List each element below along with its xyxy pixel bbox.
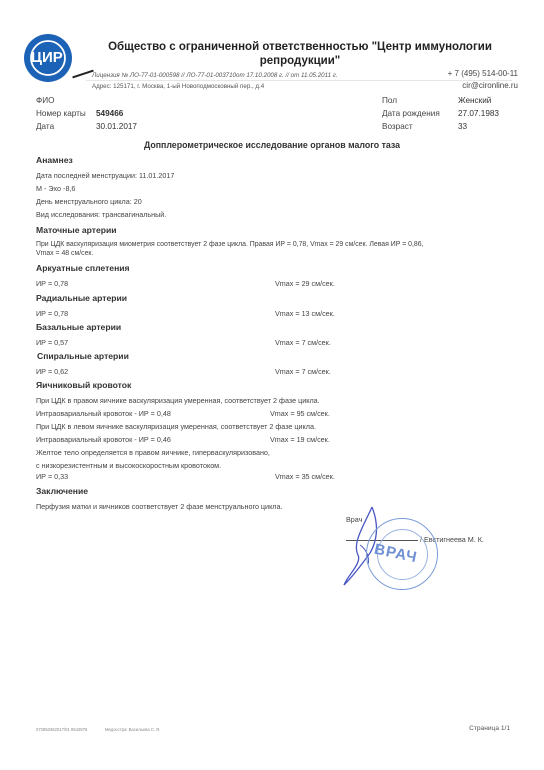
ovarian-right-ir: Интраовариальный кровоток - ИР = 0,48 xyxy=(36,409,171,418)
age-label: Возраст xyxy=(382,122,413,131)
phone: + 7 (495) 514-00-11 xyxy=(448,69,518,78)
fio-label: ФИО xyxy=(36,96,54,105)
ovarian-heading: Яичниковый кровоток xyxy=(36,380,131,390)
arcuate-vmax: Vmax = 29 см/сек. xyxy=(275,279,335,288)
basal-ir: ИР = 0,57 xyxy=(36,338,68,347)
date-value: 30.01.2017 xyxy=(96,122,137,131)
spiral-vmax: Vmax = 7 см/сек. xyxy=(275,367,331,376)
radial-heading: Радиальные артерии xyxy=(36,293,127,303)
ovarian-left-ir: Интраовариальный кровоток - ИР = 0,46 xyxy=(36,435,171,444)
page-number: Страница 1/1 xyxy=(469,725,510,732)
radial-vmax: Vmax = 13 см/сек. xyxy=(275,309,335,318)
ovarian-right-text: При ЦДК в правом яичнике васкуляризация … xyxy=(36,396,320,405)
anamnesis-line: Вид исследования: трансвагинальный. xyxy=(36,210,166,219)
uterine-line: При ЦДК васкуляризация миометрия соответ… xyxy=(36,241,424,248)
footer-code: 072853362017/01 0642876 xyxy=(36,727,87,732)
card-value: 549466 xyxy=(96,109,123,118)
uterine-line: Vmax = 48 см/сек. xyxy=(36,250,93,257)
spiral-ir: ИР = 0,62 xyxy=(36,367,68,376)
conclusion-heading: Заключение xyxy=(36,486,88,496)
conclusion-text: Перфузия матки и яичников соответствует … xyxy=(36,502,282,511)
corpus-luteum-ir: ИР = 0,33 xyxy=(36,472,68,481)
ovarian-left-vmax: Vmax = 19 см/сек. xyxy=(270,435,330,444)
ovarian-right-vmax: Vmax = 95 см/сек. xyxy=(270,409,330,418)
arcuate-ir: ИР = 0,78 xyxy=(36,279,68,288)
anamnesis-line: Дата последней менструации: 11.01.2017 xyxy=(36,171,174,180)
org-name: Общество с ограниченной ответственностью… xyxy=(100,40,500,68)
corpus-luteum-line: с низкорезистентным и высокоскоростным к… xyxy=(36,461,221,470)
sex-value: Женский xyxy=(458,96,491,105)
basal-heading: Базальные артерии xyxy=(36,322,121,332)
corpus-luteum-vmax: Vmax = 35 см/сек. xyxy=(275,472,335,481)
card-label: Номер карты xyxy=(36,109,86,118)
uterine-heading: Маточные артерии xyxy=(36,225,117,235)
arcuate-heading: Аркуатные сплетения xyxy=(36,263,130,273)
email: cir@cironline.ru xyxy=(462,81,518,90)
document-title: Допплерометрическое исследование органов… xyxy=(0,140,544,150)
address-text: Адрес: 125171, г. Москва, 1-ый Новоподмо… xyxy=(92,83,264,90)
logo-divider xyxy=(72,70,94,79)
dob-value: 27.07.1983 xyxy=(458,109,499,118)
radial-ir: ИР = 0,78 xyxy=(36,309,68,318)
spiral-heading: Спиральные артерии xyxy=(37,351,129,361)
date-label: Дата xyxy=(36,122,54,131)
header-rule xyxy=(86,80,512,81)
anamnesis-line: М - Эхо -8,6 xyxy=(36,184,75,193)
logo-text: ЦИР xyxy=(31,49,63,66)
clinic-logo: ЦИР xyxy=(24,34,72,82)
sex-label: Пол xyxy=(382,96,397,105)
basal-vmax: Vmax = 7 см/сек. xyxy=(275,338,331,347)
anamnesis-heading: Анамнез xyxy=(36,155,73,165)
dob-label: Дата рождения xyxy=(382,109,440,118)
anamnesis-line: День менструального цикла: 20 xyxy=(36,197,142,206)
corpus-luteum-line: Желтое тело определяется в правом яичник… xyxy=(36,448,270,457)
age-value: 33 xyxy=(458,122,467,131)
license-text: Лицензия № ЛО-77-01-000598 // ЛО-77-01-0… xyxy=(92,72,338,79)
footer-nurse: Медсестра: Васильева С. Я. xyxy=(105,727,160,732)
ovarian-left-text: При ЦДК в левом яичнике васкуляризация у… xyxy=(36,422,316,431)
